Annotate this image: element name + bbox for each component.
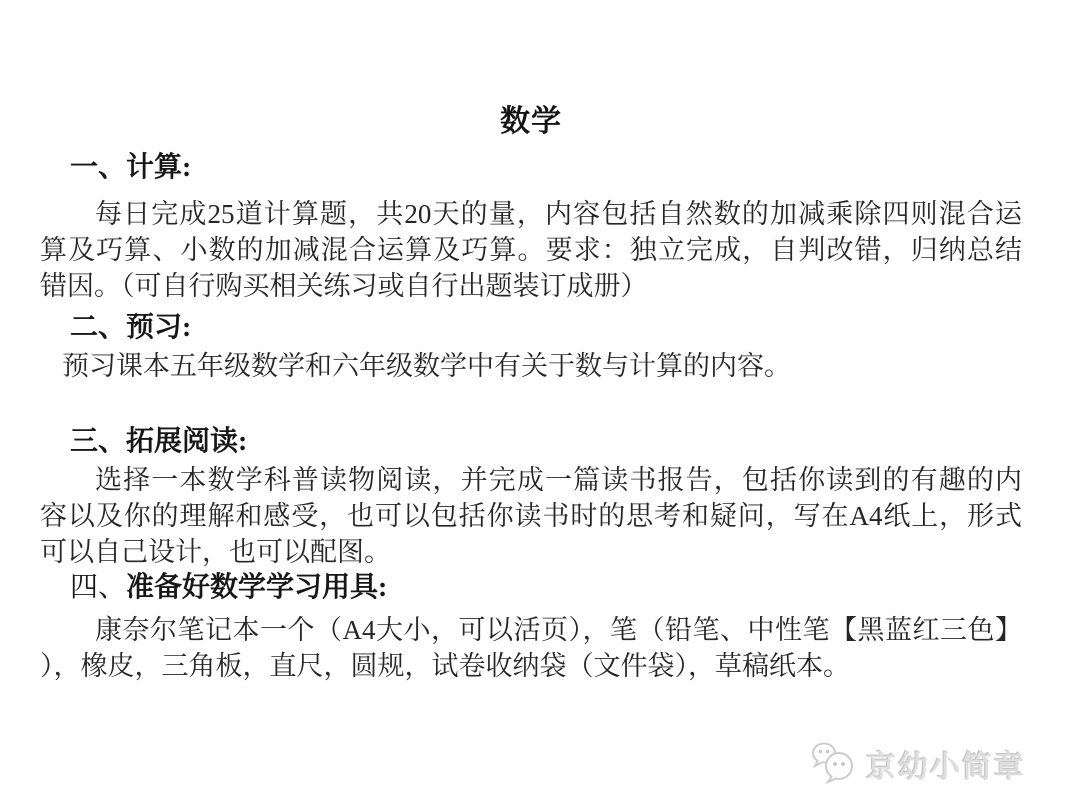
section-paragraph: 预习课本五年级数学和六年级数学中有关于数与计算的内容。 [40, 348, 1022, 384]
section-paragraph: 每日完成25道计算题，共20天的量，内容包括自然数的加减乘除四则混合运 算及巧算… [40, 196, 1022, 304]
section-paragraph: 选择一本数学科普读物阅读，并完成一篇读书报告，包括你读到的有趣的内 容以及你的理… [40, 462, 1022, 570]
paragraph-line: 容以及你的理解和感受，也可以包括你读书时的思考和疑问，写在A4纸上，形式 [40, 498, 1022, 534]
section-heading: 二、预习: [70, 310, 1022, 346]
section-heading: 一、计算: [70, 150, 1022, 186]
section-paragraph: 康奈尔笔记本一个（A4大小，可以活页），笔（铅笔、中性笔【黑蓝红三色】 ），橡皮… [40, 612, 1022, 684]
watermark-label: 京幼小简章 [866, 742, 1026, 786]
section-heading: 三、拓展阅读: [70, 424, 1022, 460]
wechat-icon [810, 740, 858, 788]
paragraph-line: ），橡皮，三角板，直尺，圆规，试卷收纳袋（文件袋），草稿纸本。 [40, 648, 1022, 684]
section-heading-text: 准备好数学学习用具: [126, 572, 387, 603]
paragraph-line: 康奈尔笔记本一个（A4大小，可以活页），笔（铅笔、中性笔【黑蓝红三色】 [40, 612, 1022, 648]
paragraph-line: 错因。（可自行购买相关练习或自行出题装订成册） [40, 268, 1022, 304]
section-supplies: 四、准备好数学学习用具: 康奈尔笔记本一个（A4大小，可以活页），笔（铅笔、中性… [40, 570, 1022, 684]
section-extended-reading: 三、拓展阅读: 选择一本数学科普读物阅读，并完成一篇读书报告，包括你读到的有趣的… [40, 424, 1022, 570]
watermark: 京幼小简章 [810, 740, 1026, 788]
paragraph-line: 每日完成25道计算题，共20天的量，内容包括自然数的加减乘除四则混合运 [40, 196, 1022, 232]
section-preview: 二、预习: 预习课本五年级数学和六年级数学中有关于数与计算的内容。 [40, 310, 1022, 384]
paragraph-line: 可以自己设计，也可以配图。 [40, 534, 1022, 570]
paragraph-line: 选择一本数学科普读物阅读，并完成一篇读书报告，包括你读到的有趣的内 [40, 462, 1022, 498]
section-heading: 四、准备好数学学习用具: [70, 570, 1022, 606]
section-calculation: 一、计算: 每日完成25道计算题，共20天的量，内容包括自然数的加减乘除四则混合… [40, 150, 1022, 304]
page-title: 数学 [40, 104, 1022, 140]
document-page: 数学 一、计算: 每日完成25道计算题，共20天的量，内容包括自然数的加减乘除四… [0, 0, 1080, 809]
paragraph-line: 算及巧算、小数的加减混合运算及巧算。要求：独立完成，自判改错，归纳总结 [40, 232, 1022, 268]
paragraph-line: 预习课本五年级数学和六年级数学中有关于数与计算的内容。 [62, 348, 1022, 384]
section-heading-number: 四、 [70, 572, 126, 603]
